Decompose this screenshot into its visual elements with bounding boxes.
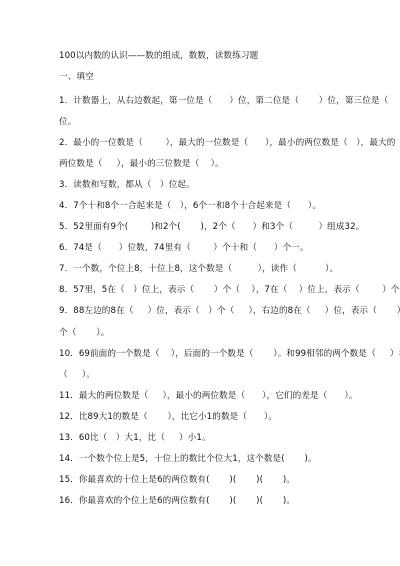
question-10-continued: （ ）。 bbox=[59, 370, 95, 381]
question-1: 1．计数器上，从右边数起，第一位是（ ）位，第二位是（ ）位，第三位是（ ） bbox=[59, 96, 400, 107]
question-13: 13．60比（ ）大1，比（ ）小1。 bbox=[59, 433, 211, 444]
question-6: 6．74是（ ）位数，74里有（ ）个十和（ ）个一。 bbox=[59, 243, 309, 254]
question-1-continued: 位。 bbox=[59, 117, 76, 128]
question-12: 12．比89大1的数是（ ），比它小1的数是（ ）。 bbox=[59, 412, 277, 423]
section-heading-fill-in: 一、填空 bbox=[59, 72, 94, 83]
question-14: 14．一个数个位上是5，十位上的数比个位大1，这个数是( )。 bbox=[59, 454, 317, 465]
question-9-continued: 个（ ）。 bbox=[59, 328, 109, 339]
question-8: 8．57里，5在（ ）位上，表示（ ）个（ ），7在（ ）位上，表示（ ）个（ … bbox=[59, 285, 400, 296]
document-page: 100以内数的认识——数的组成，数数，读数练习题 一、填空 1．计数器上，从右边… bbox=[0, 0, 400, 566]
question-2: 2．最小的一位数是（ ），最大的一位数是（ ），最小的两位数是（ ），最大的 bbox=[59, 138, 395, 149]
question-11: 11．最大的两位数是（ ），最小的两位数是（ ），它们的差是（ ）。 bbox=[59, 391, 358, 402]
question-7: 7．一个数，个位上8，十位上8，这个数是（ ），读作（ ）。 bbox=[59, 264, 338, 275]
question-5: 5．52里面有9个( )和2个( )，2个（ ）和3个（ ）组成32。 bbox=[59, 222, 364, 233]
question-9: 9．88左边的8在（ ）位，表示（ ）个（ ），右边的8在（ ）位，表示（ ） bbox=[59, 306, 400, 317]
question-10: 10．69前面的一个数是（ ），后面的一个数是（ ）。和99相邻的两个数是（ ）… bbox=[59, 349, 400, 360]
document-title: 100以内数的认识——数的组成，数数，读数练习题 bbox=[59, 51, 258, 62]
question-15: 15．你最喜欢的十位上是6的两位数有( )( )( )。 bbox=[59, 475, 295, 486]
question-2-continued: 两位数是（ ），最小的三位数是（ ）。 bbox=[59, 159, 224, 170]
question-4: 4．7个十和8个一合起来是（ ），6个一和8个十合起来是（ ）。 bbox=[59, 201, 321, 212]
question-16: 16．你最喜欢的个位上是6的两位数有( )( )( )。 bbox=[59, 496, 295, 507]
question-3: 3．读数和写数，都从（ ）位起。 bbox=[59, 180, 195, 191]
